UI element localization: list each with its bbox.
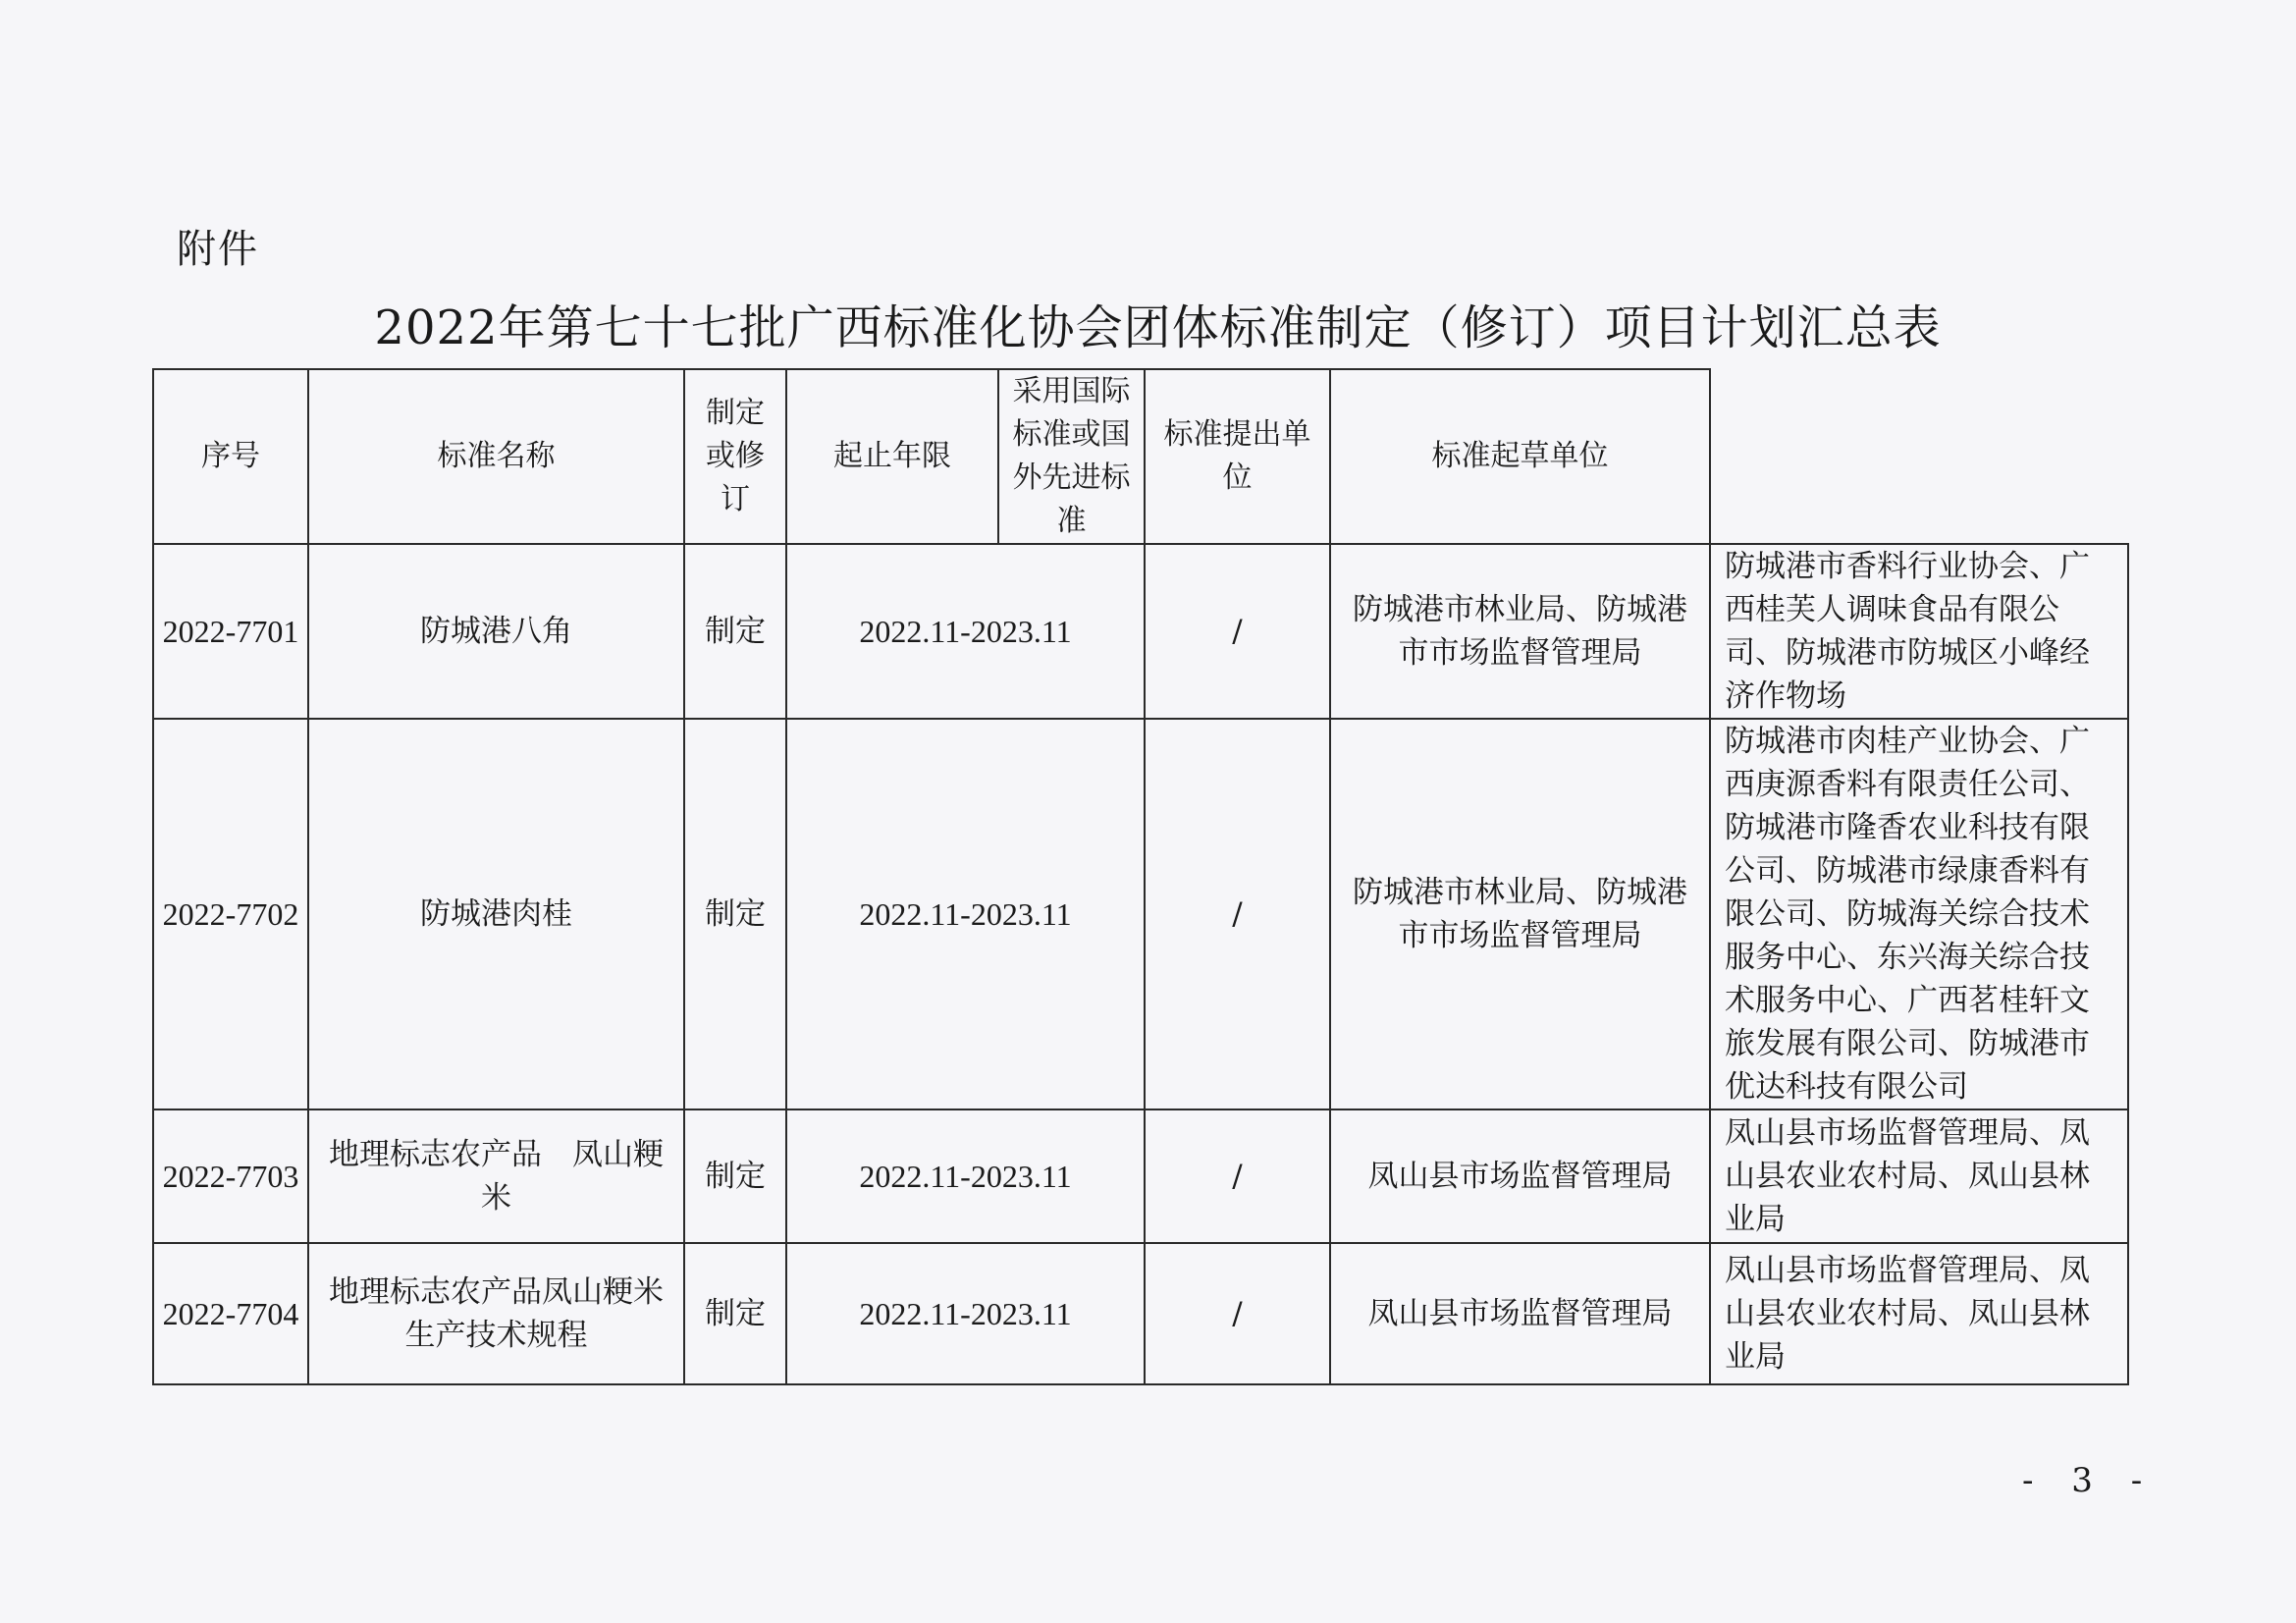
table-header-row: 序号 标准名称 制定或修订 起止年限 采用国际标准或国外先进标准 标准提出单位 … — [153, 369, 2128, 544]
cell-standard-name: 防城港八角 — [308, 544, 684, 719]
cell-intl-standard: / — [1145, 1243, 1330, 1384]
header-proposer: 标准提出单位 — [1145, 369, 1330, 544]
cell-serial: 2022-7703 — [153, 1109, 308, 1243]
header-serial: 序号 — [153, 369, 308, 544]
table-row: 2022-7703 地理标志农产品 凤山粳米 制定 2022.11-2023.1… — [153, 1109, 2128, 1243]
cell-drafter: 防城港市肉桂产业协会、广西庚源香料有限责任公司、防城港市隆香农业科技有限公司、防… — [1710, 719, 2128, 1109]
header-type: 制定或修订 — [684, 369, 786, 544]
cell-type: 制定 — [684, 719, 786, 1109]
cell-drafter: 凤山县市场监督管理局、凤山县农业农村局、凤山县林业局 — [1710, 1243, 2128, 1384]
cell-intl-standard: / — [1145, 719, 1330, 1109]
table-row: 2022-7704 地理标志农产品凤山粳米生产技术规程 制定 2022.11-2… — [153, 1243, 2128, 1384]
cell-standard-name: 地理标志农产品凤山粳米生产技术规程 — [308, 1243, 684, 1384]
cell-intl-standard: / — [1145, 1109, 1330, 1243]
cell-standard-name: 防城港肉桂 — [308, 719, 684, 1109]
table-row: 2022-7701 防城港八角 制定 2022.11-2023.11 / 防城港… — [153, 544, 2128, 719]
header-drafter: 标准起草单位 — [1330, 369, 1710, 544]
cell-proposer: 凤山县市场监督管理局 — [1330, 1109, 1710, 1243]
cell-drafter: 防城港市香料行业协会、广西桂芙人调味食品有限公司、防城港市防城区小峰经济作物场 — [1710, 544, 2128, 719]
attachment-label: 附件 — [177, 218, 259, 274]
cell-intl-standard: / — [1145, 544, 1330, 719]
cell-period: 2022.11-2023.11 — [786, 719, 1145, 1109]
cell-type: 制定 — [684, 544, 786, 719]
cell-type: 制定 — [684, 1109, 786, 1243]
table-row: 2022-7702 防城港肉桂 制定 2022.11-2023.11 / 防城港… — [153, 719, 2128, 1109]
page-number: - 3 - — [2022, 1461, 2156, 1500]
cell-serial: 2022-7701 — [153, 544, 308, 719]
standards-plan-table: 序号 标准名称 制定或修订 起止年限 采用国际标准或国外先进标准 标准提出单位 … — [152, 368, 2129, 1385]
cell-standard-name: 地理标志农产品 凤山粳米 — [308, 1109, 684, 1243]
cell-period: 2022.11-2023.11 — [786, 1243, 1145, 1384]
cell-period: 2022.11-2023.11 — [786, 544, 1145, 719]
cell-proposer: 凤山县市场监督管理局 — [1330, 1243, 1710, 1384]
cell-serial: 2022-7704 — [153, 1243, 308, 1384]
cell-drafter: 凤山县市场监督管理局、凤山县农业农村局、凤山县林业局 — [1710, 1109, 2128, 1243]
document-title: 2022年第七十七批广西标准化协会团体标准制定（修订）项目计划汇总表 — [0, 290, 2296, 357]
cell-type: 制定 — [684, 1243, 786, 1384]
cell-proposer: 防城港市林业局、防城港市市场监督管理局 — [1330, 544, 1710, 719]
cell-proposer: 防城港市林业局、防城港市市场监督管理局 — [1330, 719, 1710, 1109]
cell-serial: 2022-7702 — [153, 719, 308, 1109]
cell-period: 2022.11-2023.11 — [786, 1109, 1145, 1243]
header-period: 起止年限 — [786, 369, 998, 544]
header-intl-standard: 采用国际标准或国外先进标准 — [998, 369, 1145, 544]
header-standard-name: 标准名称 — [308, 369, 684, 544]
